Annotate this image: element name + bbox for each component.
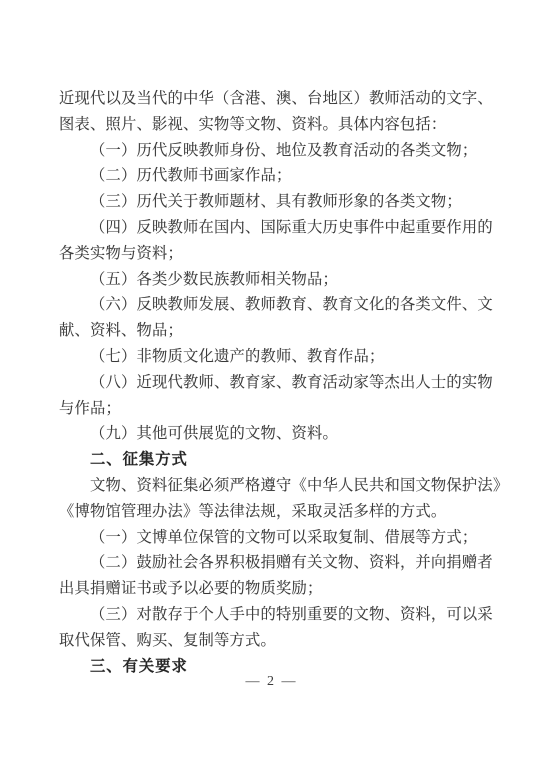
doc-line-item-8: （八）近现代教师、教育家、教育活动家等杰出人士的实物 xyxy=(59,370,491,396)
doc-line-item-3: （三）历代关于教师题材、具有教师形象的各类文物； xyxy=(59,189,491,215)
doc-line-item-4: （四）反映教师在国内、国际重大历史事件中起重要作用的 xyxy=(59,215,491,241)
section-heading-collection-methods: 二、征集方式 xyxy=(59,447,491,473)
doc-line: 图表、照片、影视、实物等文物、资料。具体内容包括： xyxy=(59,112,491,138)
document-text-block: 近现代以及当代的中华（含港、澳、台地区）教师活动的文字、 图表、照片、影视、实物… xyxy=(59,86,491,679)
doc-line-method-3: （三）对散存于个人手中的特别重要的文物、资料，可以采 xyxy=(59,602,491,628)
doc-line-item-6: （六）反映教师发展、教师教育、教育文化的各类文件、文 xyxy=(59,292,491,318)
page-number: — 2 — xyxy=(0,672,543,692)
doc-line-item-7: （七）非物质文化遗产的教师、教育作品； xyxy=(59,344,491,370)
document-page: 近现代以及当代的中华（含港、澳、台地区）教师活动的文字、 图表、照片、影视、实物… xyxy=(0,0,543,768)
doc-line-method-1: （一）文博单位保管的文物可以采取复制、借展等方式； xyxy=(59,525,491,551)
doc-line-item-2: （二）历代教师书画家作品； xyxy=(59,163,491,189)
doc-line-item-5: （五）各类少数民族教师相关物品； xyxy=(59,267,491,293)
doc-line: 出具捐赠证书或予以必要的物质奖励； xyxy=(59,576,491,602)
doc-line: 取代保管、购买、复制等方式。 xyxy=(59,628,491,654)
doc-line-item-1: （一）历代反映教师身份、地位及教育活动的各类文物； xyxy=(59,138,491,164)
doc-line-item-9: （九）其他可供展览的文物、资料。 xyxy=(59,421,491,447)
doc-line: 《博物馆管理办法》等法律法规，采取灵活多样的方式。 xyxy=(59,499,491,525)
doc-line: 近现代以及当代的中华（含港、澳、台地区）教师活动的文字、 xyxy=(59,86,491,112)
doc-line: 献、资料、物品； xyxy=(59,318,491,344)
doc-line-method-2: （二）鼓励社会各界积极捐赠有关文物、资料，并向捐赠者 xyxy=(59,550,491,576)
doc-line: 文物、资料征集必须严格遵守《中华人民共和国文物保护法》 xyxy=(59,473,491,499)
doc-line: 各类实物与资料； xyxy=(59,241,491,267)
doc-line: 与作品； xyxy=(59,396,491,422)
